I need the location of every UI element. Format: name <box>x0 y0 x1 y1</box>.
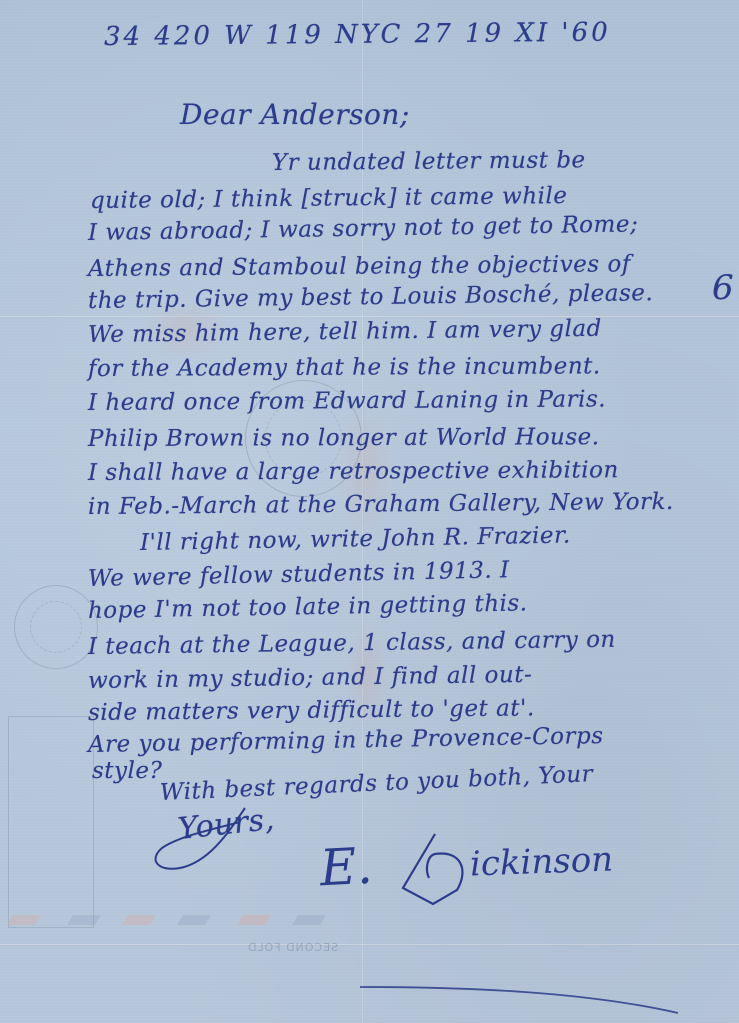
margin-mark: 6 <box>712 268 734 308</box>
airmail-stripe <box>67 915 101 925</box>
airmail-stripe <box>122 915 156 925</box>
body-line: I shall have a large retrospective exhib… <box>88 457 619 486</box>
body-line: work in my studio; and I find all out- <box>88 662 533 694</box>
airmail-stripe <box>177 915 211 925</box>
body-line: quite old; I think [struck] it came whil… <box>90 183 568 214</box>
body-line: Philip Brown is no longer at World House… <box>88 424 600 452</box>
fold-crease-lower <box>0 944 739 946</box>
signature-flourish <box>150 800 280 880</box>
body-line: Are you performing in the Provence-Corps <box>88 723 604 758</box>
signature-surname: ickinson <box>469 840 613 885</box>
stamp-ghost-box <box>8 716 94 928</box>
fold-label-show-through: SECOND FOLD <box>247 941 338 954</box>
body-line: I heard once from Edward Laning in Paris… <box>88 386 606 416</box>
body-line: Athens and Stamboul being the objectives… <box>88 251 631 282</box>
airmail-stripe <box>292 915 326 925</box>
body-line: I'll right now, write John R. Frazier. <box>140 522 571 556</box>
body-line: We were fellow students in 1913. I <box>88 557 510 592</box>
signature-d-loop <box>395 830 475 910</box>
body-line: in Feb.-March at the Graham Gallery, New… <box>88 489 674 520</box>
body-line: side matters very difficult to 'get at'. <box>88 695 535 726</box>
airmail-stripe <box>237 915 271 925</box>
letter-sheet: SECOND FOLD 34 420 W 119 NYC 27 19 XI '6… <box>0 0 739 1023</box>
body-line: We miss him here, tell him. I am very gl… <box>88 316 602 348</box>
signature-initial: E. <box>319 837 374 898</box>
body-line: for the Academy that he is the incumbent… <box>88 353 601 382</box>
body-line: I was abroad; I was sorry not to get to … <box>88 211 639 246</box>
body-line: style? <box>92 758 162 784</box>
header-address-date: 34 420 W 119 NYC 27 19 XI '60 <box>104 18 611 52</box>
salutation: Dear Anderson; <box>180 98 410 131</box>
body-line: hope I'm not too late in getting this. <box>88 590 528 624</box>
body-line: I teach at the League, 1 class, and carr… <box>88 627 616 660</box>
body-line: Yr undated letter must be <box>272 147 586 176</box>
pen-stroke-line <box>360 985 680 1023</box>
body-line: the trip. Give my best to Louis Bosché, … <box>88 280 654 314</box>
airmail-stripe <box>7 915 41 925</box>
postmark-ghost-left-inner <box>30 601 82 653</box>
